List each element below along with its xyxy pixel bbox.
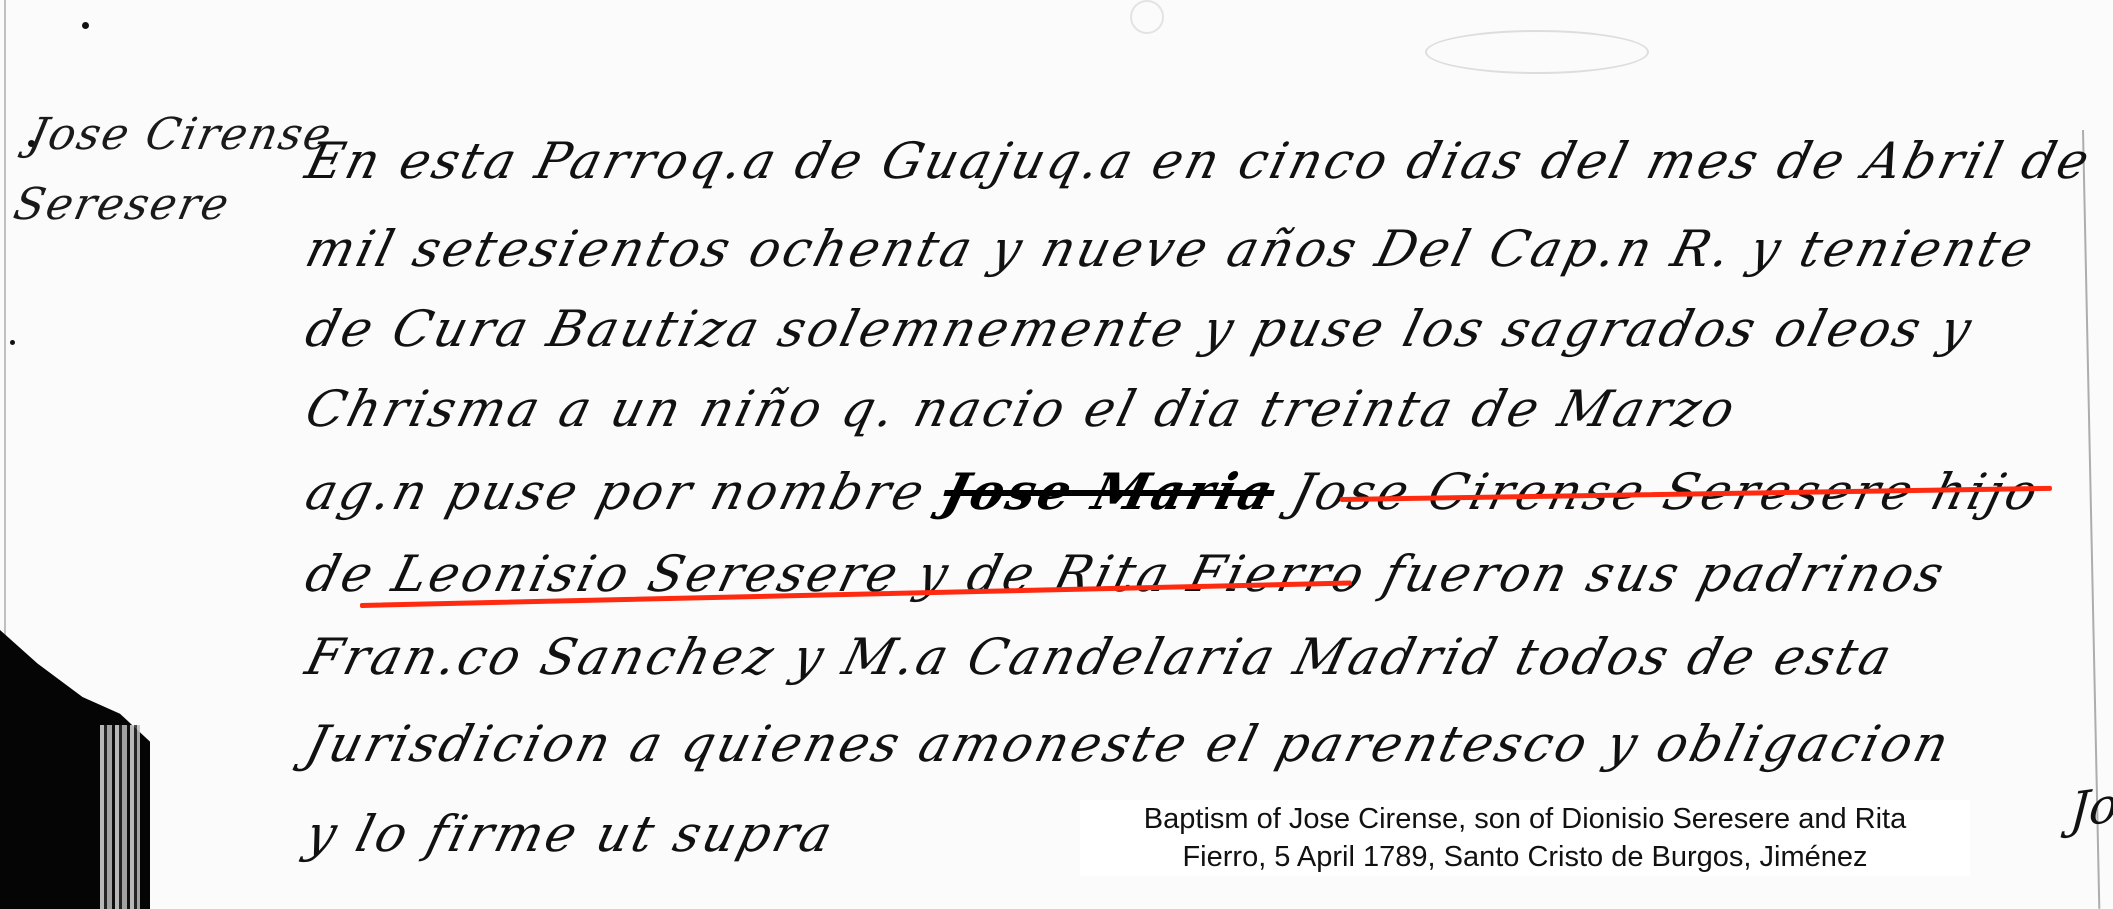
entry-line-2: mil setesientos ochenta y nueve años Del…: [300, 220, 2042, 278]
ink-dot: [10, 340, 15, 345]
line5-prefix: ag.n puse por nombre: [300, 463, 933, 521]
margin-note: Jose Cirense Seresere: [7, 100, 297, 240]
entry-line-3: de Cura Bautiza solemnemente y puse los …: [300, 300, 1980, 358]
entry-line-7: Fran.co Sanchez y M.a Candelaria Madrid …: [300, 628, 1900, 686]
margin-note-line: Seresere: [7, 170, 282, 240]
next-page-fragment: Jo: [2068, 776, 2113, 840]
book-page-edges: [100, 725, 140, 909]
caption-line-2: Fierro, 5 April 1789, Santo Cristo de Bu…: [1080, 838, 1970, 876]
margin-note-line: Jose Cirense: [22, 100, 297, 170]
manuscript-page: Jose Cirense Seresere En esta Parroq.a d…: [0, 0, 2113, 909]
caption-line-1: Baptism of Jose Cirense, son of Dionisio…: [1080, 800, 1970, 838]
entry-line-6: de Leonisio Seresere y de Rita Fierro fu…: [300, 545, 1952, 603]
entry-line-1: En esta Parroq.a de Guajuq.a en cinco di…: [300, 132, 2098, 190]
bleed-through-mark: [1425, 30, 1649, 74]
ink-dot: [82, 22, 89, 29]
entry-line-8: Jurisdicion a quienes amoneste el parent…: [300, 715, 1957, 773]
bleed-through-mark: [1130, 0, 1164, 34]
entry-line-9: y lo firme ut supra: [300, 805, 841, 863]
entry-line-4: Chrisma a un niño q. nacio el dia treint…: [300, 380, 1743, 438]
image-caption: Baptism of Jose Cirense, son of Dionisio…: [1080, 800, 1970, 876]
struck-out-text: Jose Maria: [937, 462, 1282, 521]
